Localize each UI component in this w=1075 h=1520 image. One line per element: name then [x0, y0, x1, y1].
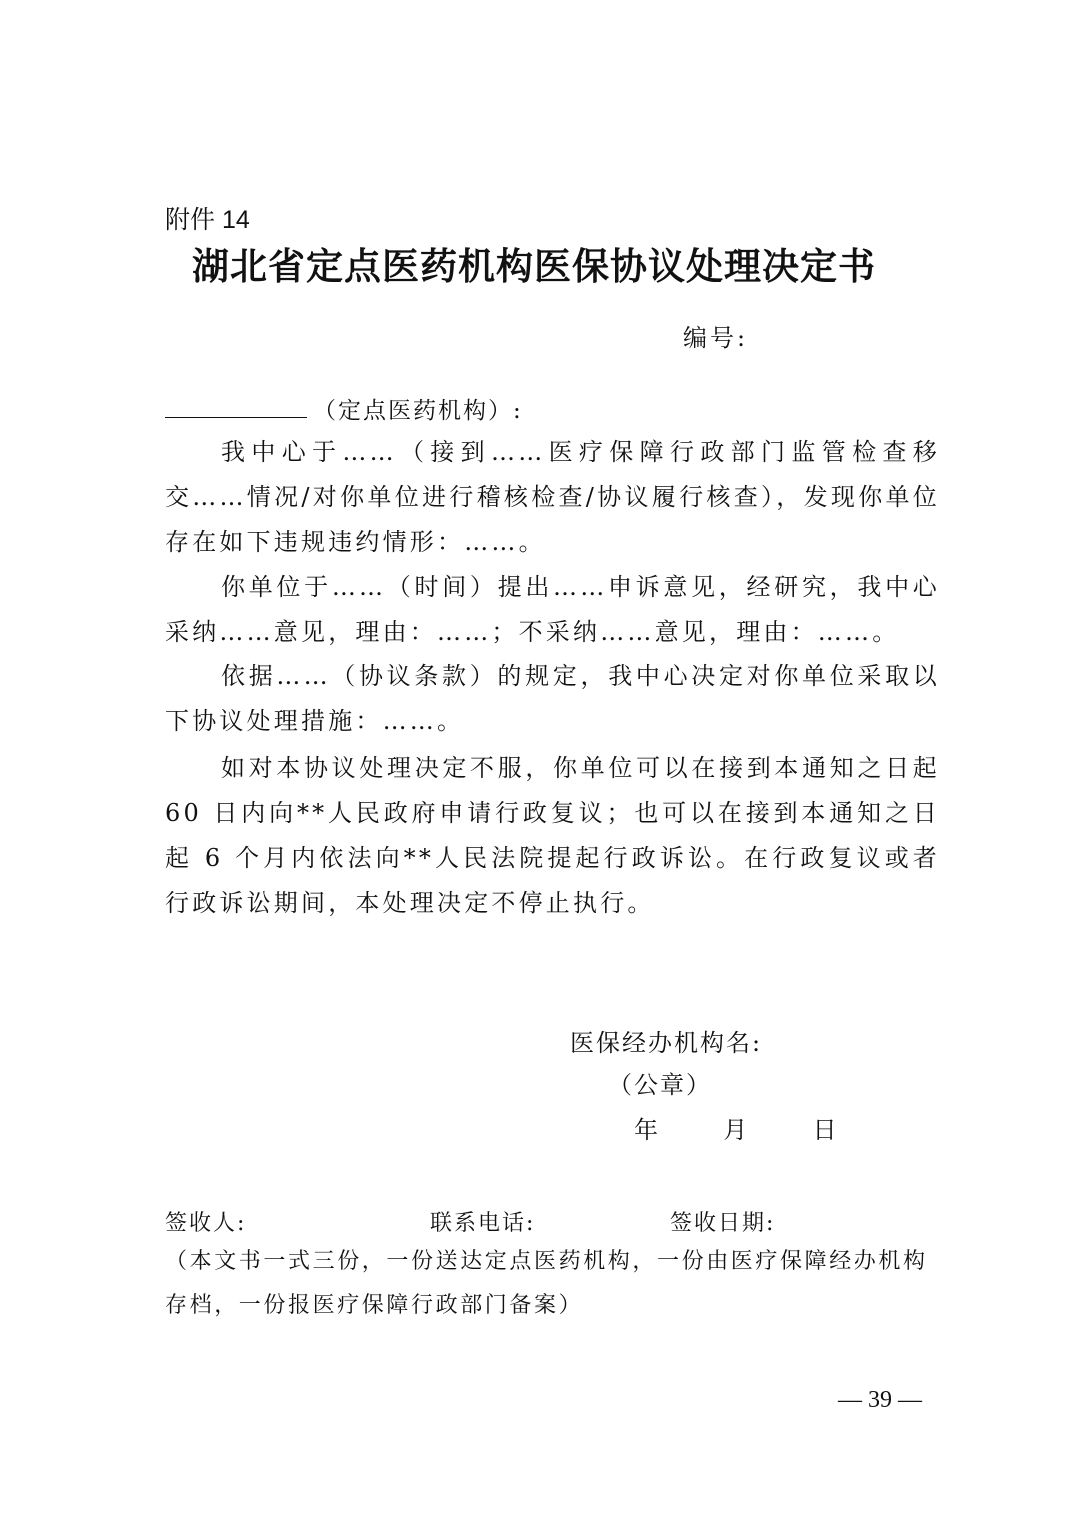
- distribution-note: （本文书一式三份，一份送达定点医药机构，一份由医疗保障经办机构存档，一份报医疗保…: [165, 1240, 940, 1328]
- seal-label: （公章）: [608, 1065, 712, 1100]
- addressee-blank: [165, 397, 307, 418]
- day-label: 日: [813, 1110, 837, 1145]
- paragraph-remedy: 如对本协议处理决定不服，你单位可以在接到本通知之日起 60 日内向**人民政府申…: [165, 746, 940, 926]
- serial-number-label: 编号:: [683, 318, 748, 353]
- month-label: 月: [723, 1110, 747, 1145]
- addressee-line: （定点医药机构）:: [165, 392, 523, 425]
- paragraph-appeal: 你单位于……（时间）提出……申诉意见，经研究，我中心采纳……意见，理由：……；不…: [165, 565, 940, 655]
- document-title: 湖北省定点医药机构医保协议处理决定书: [192, 236, 876, 290]
- paragraph-findings: 我中心于……（接到……医疗保障行政部门监管检查移交……情况/对你单位进行稽核检查…: [165, 430, 940, 565]
- agency-name-label: 医保经办机构名:: [570, 1023, 762, 1058]
- date-line: 年 月 日: [634, 1110, 837, 1145]
- addressee-suffix: （定点医药机构）:: [313, 398, 523, 424]
- page-number: — 39 —: [838, 1387, 922, 1414]
- phone-label: 联系电话:: [430, 1206, 535, 1237]
- paragraph-decision: 依据……（协议条款）的规定，我中心决定对你单位采取以下协议处理措施：……。: [165, 654, 940, 744]
- receipt-date-label: 签收日期:: [670, 1206, 775, 1237]
- recipient-label: 签收人:: [165, 1206, 246, 1237]
- year-label: 年: [634, 1110, 658, 1145]
- attachment-label: 附件 14: [165, 200, 250, 236]
